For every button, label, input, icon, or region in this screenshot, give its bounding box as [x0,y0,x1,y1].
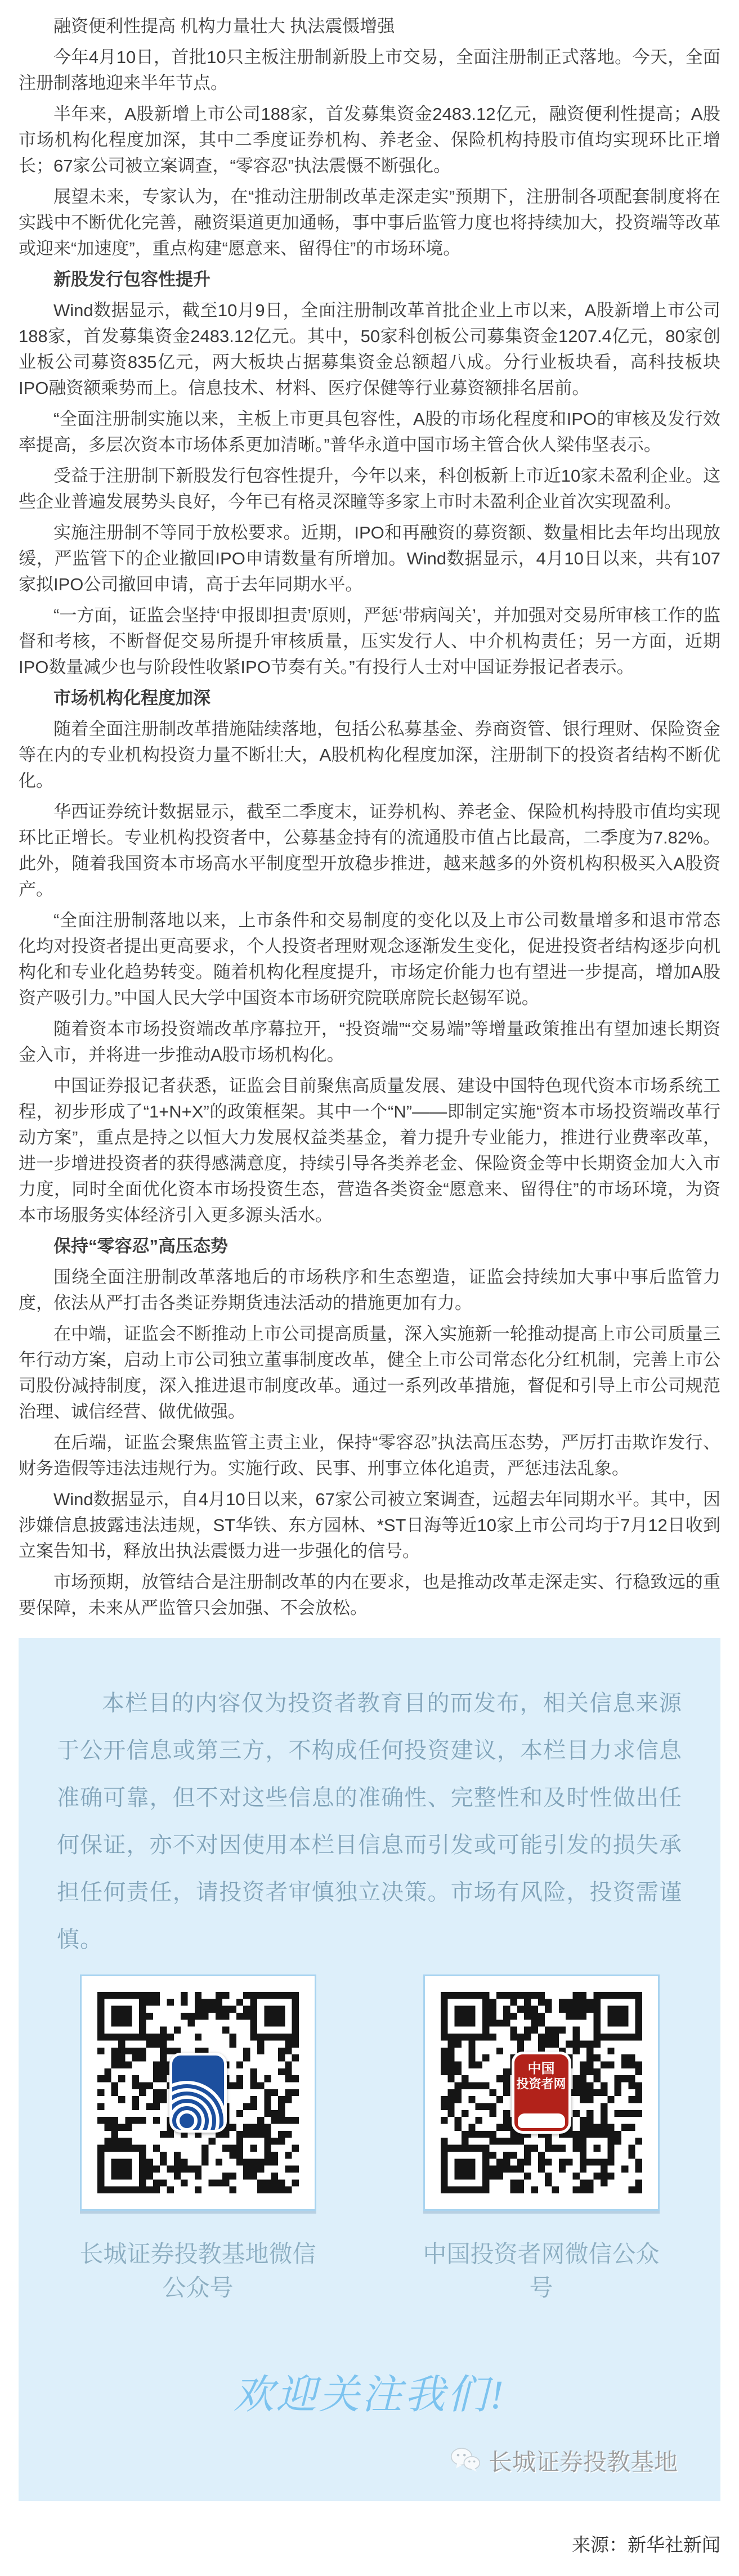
paragraph: 随着全面注册制改革措施陆续落地，包括公私募基金、券商资管、银行理财、保险资金等在… [19,716,720,794]
source-line: 来源：新华社新闻 [19,2530,720,2576]
paragraph: 在后端，证监会聚焦监管主责主业，保持“零容忍”执法高压态势，严厉打击欺诈发行、财… [19,1430,720,1482]
section-heading: 保持“零容忍”高压态势 [19,1233,720,1259]
paragraph: Wind数据显示，自4月10日以来，67家公司被立案调查，远超去年同期水平。其中… [19,1487,720,1564]
paragraph: “一方面，证监会坚持‘申报即担责’原则，严惩‘带病闯关’，并加强对交易所审核工作… [19,603,720,680]
qr-label-investor: 中国投资者网微信公众号 [423,2236,660,2303]
paragraph: 受益于注册制下新股发行包容性提升，今年以来，科创板新上市近10家未盈利企业。这些… [19,463,720,515]
paragraph: 围绕全面注册制改革落地后的市场秩序和生态塑造，证监会持续加大事中事后监管力度，依… [19,1264,720,1316]
paragraph: 展望未来，专家认为，在“推动注册制改革走深走实”预期下，注册制各项配套制度将在实… [19,184,720,262]
investor-logo-pill [518,2113,565,2128]
paragraph: 今年4月10日，首批10只主板注册制新股上市交易，全面注册制正式落地。今天，全面… [19,44,720,96]
qr-row: 中国 投资者网 [57,1974,682,2211]
paragraph: 在中端，证监会不断推动上市公司提高质量，深入实施新一轮推动提高上市公司质量三年行… [19,1321,720,1425]
lead-line: 融资便利性提高 机构力量壮大 执法震慑增强 [19,14,720,39]
account-name: 长城证券投教基地 [489,2444,678,2478]
section-heading: 市场机构化程度加深 [19,685,720,711]
china-investor-logo-icon: 中国 投资者网 [512,2052,571,2134]
qr-card-investor: 中国 投资者网 [423,1974,660,2211]
qr-labels-row: 长城证券投教基地微信公众号 中国投资者网微信公众号 [57,2236,682,2303]
investor-logo-line2: 投资者网 [514,2077,568,2092]
welcome-text: 欢迎关注我们! [57,2362,682,2420]
paragraph: 市场预期，放管结合是注册制改革的内在要求，也是推动改革走深走实、行稳致远的重要保… [19,1569,720,1621]
wechat-icon [450,2447,481,2475]
paragraph: 华西证券统计数据显示，截至二季度末，证券机构、养老金、保险机构持股市值均实现环比… [19,799,720,903]
paragraph: 实施注册制不等同于放松要求。近期，IPO和再融资的募资额、数量相比去年均出现放缓… [19,520,720,598]
paragraph: 半年来，A股新增上市公司188家，首发募集资金2483.12亿元，融资便利性提高… [19,101,720,179]
paragraph: “全面注册制实施以来，主板上市更具包容性，A股的市场化程度和IPO的审核及发行效… [19,406,720,458]
paragraph: Wind数据显示，截至10月9日，全面注册制改革首批企业上市以来，A股新增上市公… [19,298,720,401]
greatwall-securities-logo-icon [169,2053,227,2133]
disclaimer-text: 本栏目的内容仅为投资者教育目的而发布，相关信息来源于公开信息或第三方，不构成任何… [57,1680,682,1963]
account-row: 长城证券投教基地 [57,2444,682,2478]
investor-education-notice-box: 本栏目的内容仅为投资者教育目的而发布，相关信息来源于公开信息或第三方，不构成任何… [19,1638,720,2501]
investor-logo-line1: 中国 [514,2054,568,2077]
paragraph: 中国证券报记者获悉，证监会目前聚焦高质量发展、建设中国特色现代资本市场系统工程，… [19,1073,720,1228]
qr-label-greatwall: 长城证券投教基地微信公众号 [80,2236,316,2303]
paragraph: 随着资本市场投资端改革序幕拉开，“投资端”“交易端”等增量政策推出有望加速长期资… [19,1016,720,1068]
qr-card-greatwall [80,1974,316,2211]
article-body: 融资便利性提高 机构力量壮大 执法震慑增强今年4月10日，首批10只主板注册制新… [0,0,739,1621]
paragraph: “全面注册制落地以来，上市条件和交易制度的变化以及上市公司数量增多和退市常态化均… [19,908,720,1011]
section-heading: 新股发行包容性提升 [19,267,720,293]
